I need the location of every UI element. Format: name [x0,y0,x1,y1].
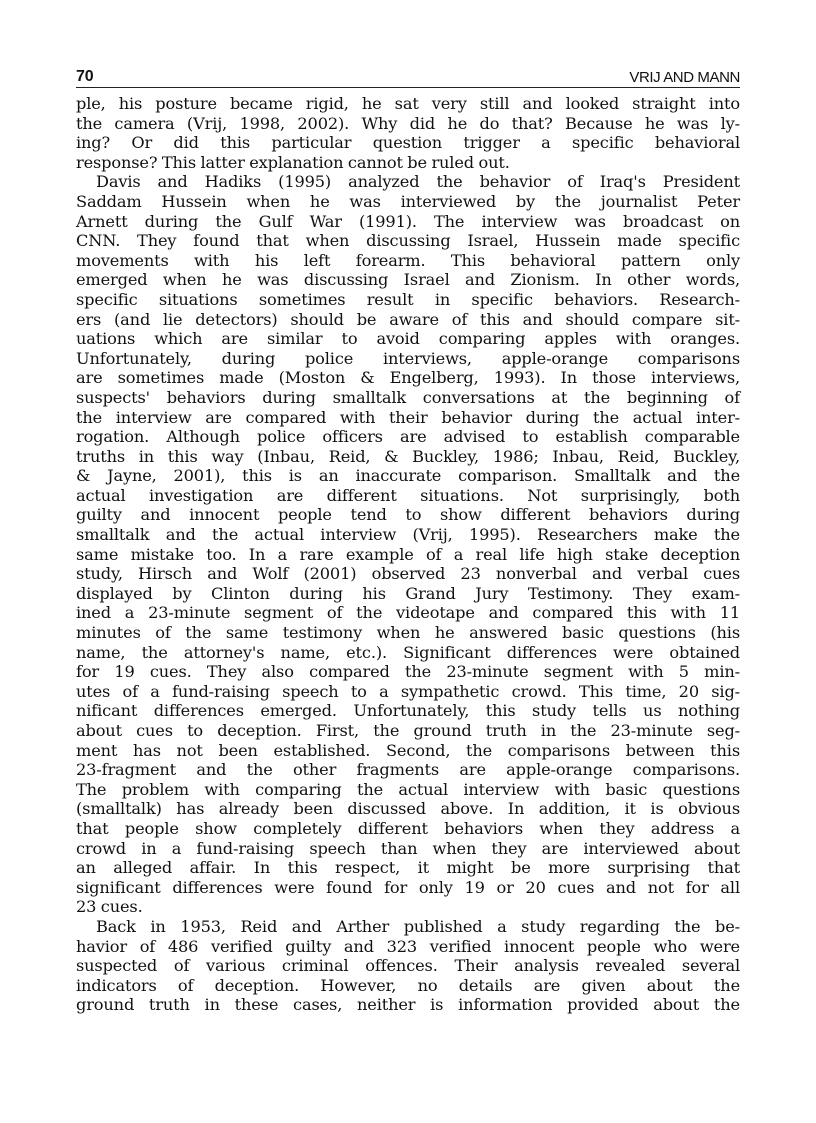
text-line: specific situations sometimes result in … [76,290,740,310]
text-line: uations which are similar to avoid compa… [76,329,740,349]
text-line: displayed by Clinton during his Grand Ju… [76,584,740,604]
text-line: movements with his left forearm. This be… [76,251,740,271]
text-line: utes of a fund-raising speech to a sympa… [76,682,740,702]
text-line: name, the attorney's name, etc.). Signif… [76,643,740,663]
text-line: indicators of deception. However, no det… [76,976,740,996]
text-line: The problem with comparing the actual in… [76,780,740,800]
text-line: Saddam Hussein when he was interviewed b… [76,192,740,212]
text-line: ined a 23-minute segment of the videotap… [76,603,740,623]
text-line: ers (and lie detectors) should be aware … [76,310,740,330]
text-line: ground truth in these cases, neither is … [76,995,740,1015]
text-line: an alleged affair. In this respect, it m… [76,858,740,878]
text-line: the camera (Vrij, 1998, 2002). Why did h… [76,114,740,134]
text-line: havior of 486 verified guilty and 323 ve… [76,937,740,957]
text-line: nificant differences emerged. Unfortunat… [76,701,740,721]
text-line: Unfortunately, during police interviews,… [76,349,740,369]
text-line: 23 cues. [76,897,740,917]
page-number: 70 [76,68,93,86]
text-line: for 19 cues. They also compared the 23-m… [76,662,740,682]
text-line: ple, his posture became rigid, he sat ve… [76,94,740,114]
text-line: ment has not been established. Second, t… [76,741,740,761]
text-line: significant differences were found for o… [76,878,740,898]
running-header: 70 VRIJ AND MANN [76,64,740,88]
text-line: study, Hirsch and Wolf (2001) observed 2… [76,564,740,584]
document-page: 70 VRIJ AND MANN ple, his posture became… [76,64,740,1015]
text-line: (smalltalk) has already been discussed a… [76,799,740,819]
body-text: ple, his posture became rigid, he sat ve… [76,94,740,1015]
text-line: response? This latter explanation cannot… [76,153,740,173]
text-line: emerged when he was discussing Israel an… [76,270,740,290]
text-line: actual investigation are different situa… [76,486,740,506]
text-line: guilty and innocent people tend to show … [76,505,740,525]
text-line: the interview are compared with their be… [76,408,740,428]
text-line: CNN. They found that when discussing Isr… [76,231,740,251]
text-line: are sometimes made (Moston & Engelberg, … [76,368,740,388]
text-line: that people show completely different be… [76,819,740,839]
text-line: 23-fragment and the other fragments are … [76,760,740,780]
paragraph-3: Back in 1953, Reid and Arther published … [76,917,740,1015]
text-line: truths in this way (Inbau, Reid, & Buckl… [76,447,740,467]
text-line: minutes of the same testimony when he an… [76,623,740,643]
text-line: Arnett during the Gulf War (1991). The i… [76,212,740,232]
text-line: & Jayne, 2001), this is an inaccurate co… [76,466,740,486]
text-line: rogation. Although police officers are a… [76,427,740,447]
paragraph-2: Davis and Hadiks (1995) analyzed the beh… [76,172,740,917]
paragraph-1: ple, his posture became rigid, he sat ve… [76,94,740,172]
text-line: crowd in a fund-raising speech than when… [76,839,740,859]
text-line: ing? Or did this particular question tri… [76,133,740,153]
text-line: suspected of various criminal offences. … [76,956,740,976]
text-line: about cues to deception. First, the grou… [76,721,740,741]
text-line: same mistake too. In a rare example of a… [76,545,740,565]
text-line: Davis and Hadiks (1995) analyzed the beh… [76,172,740,192]
text-line: suspects' behaviors during smalltalk con… [76,388,740,408]
running-title: VRIJ AND MANN [629,69,740,86]
text-line: smalltalk and the actual interview (Vrij… [76,525,740,545]
text-line: Back in 1953, Reid and Arther published … [76,917,740,937]
